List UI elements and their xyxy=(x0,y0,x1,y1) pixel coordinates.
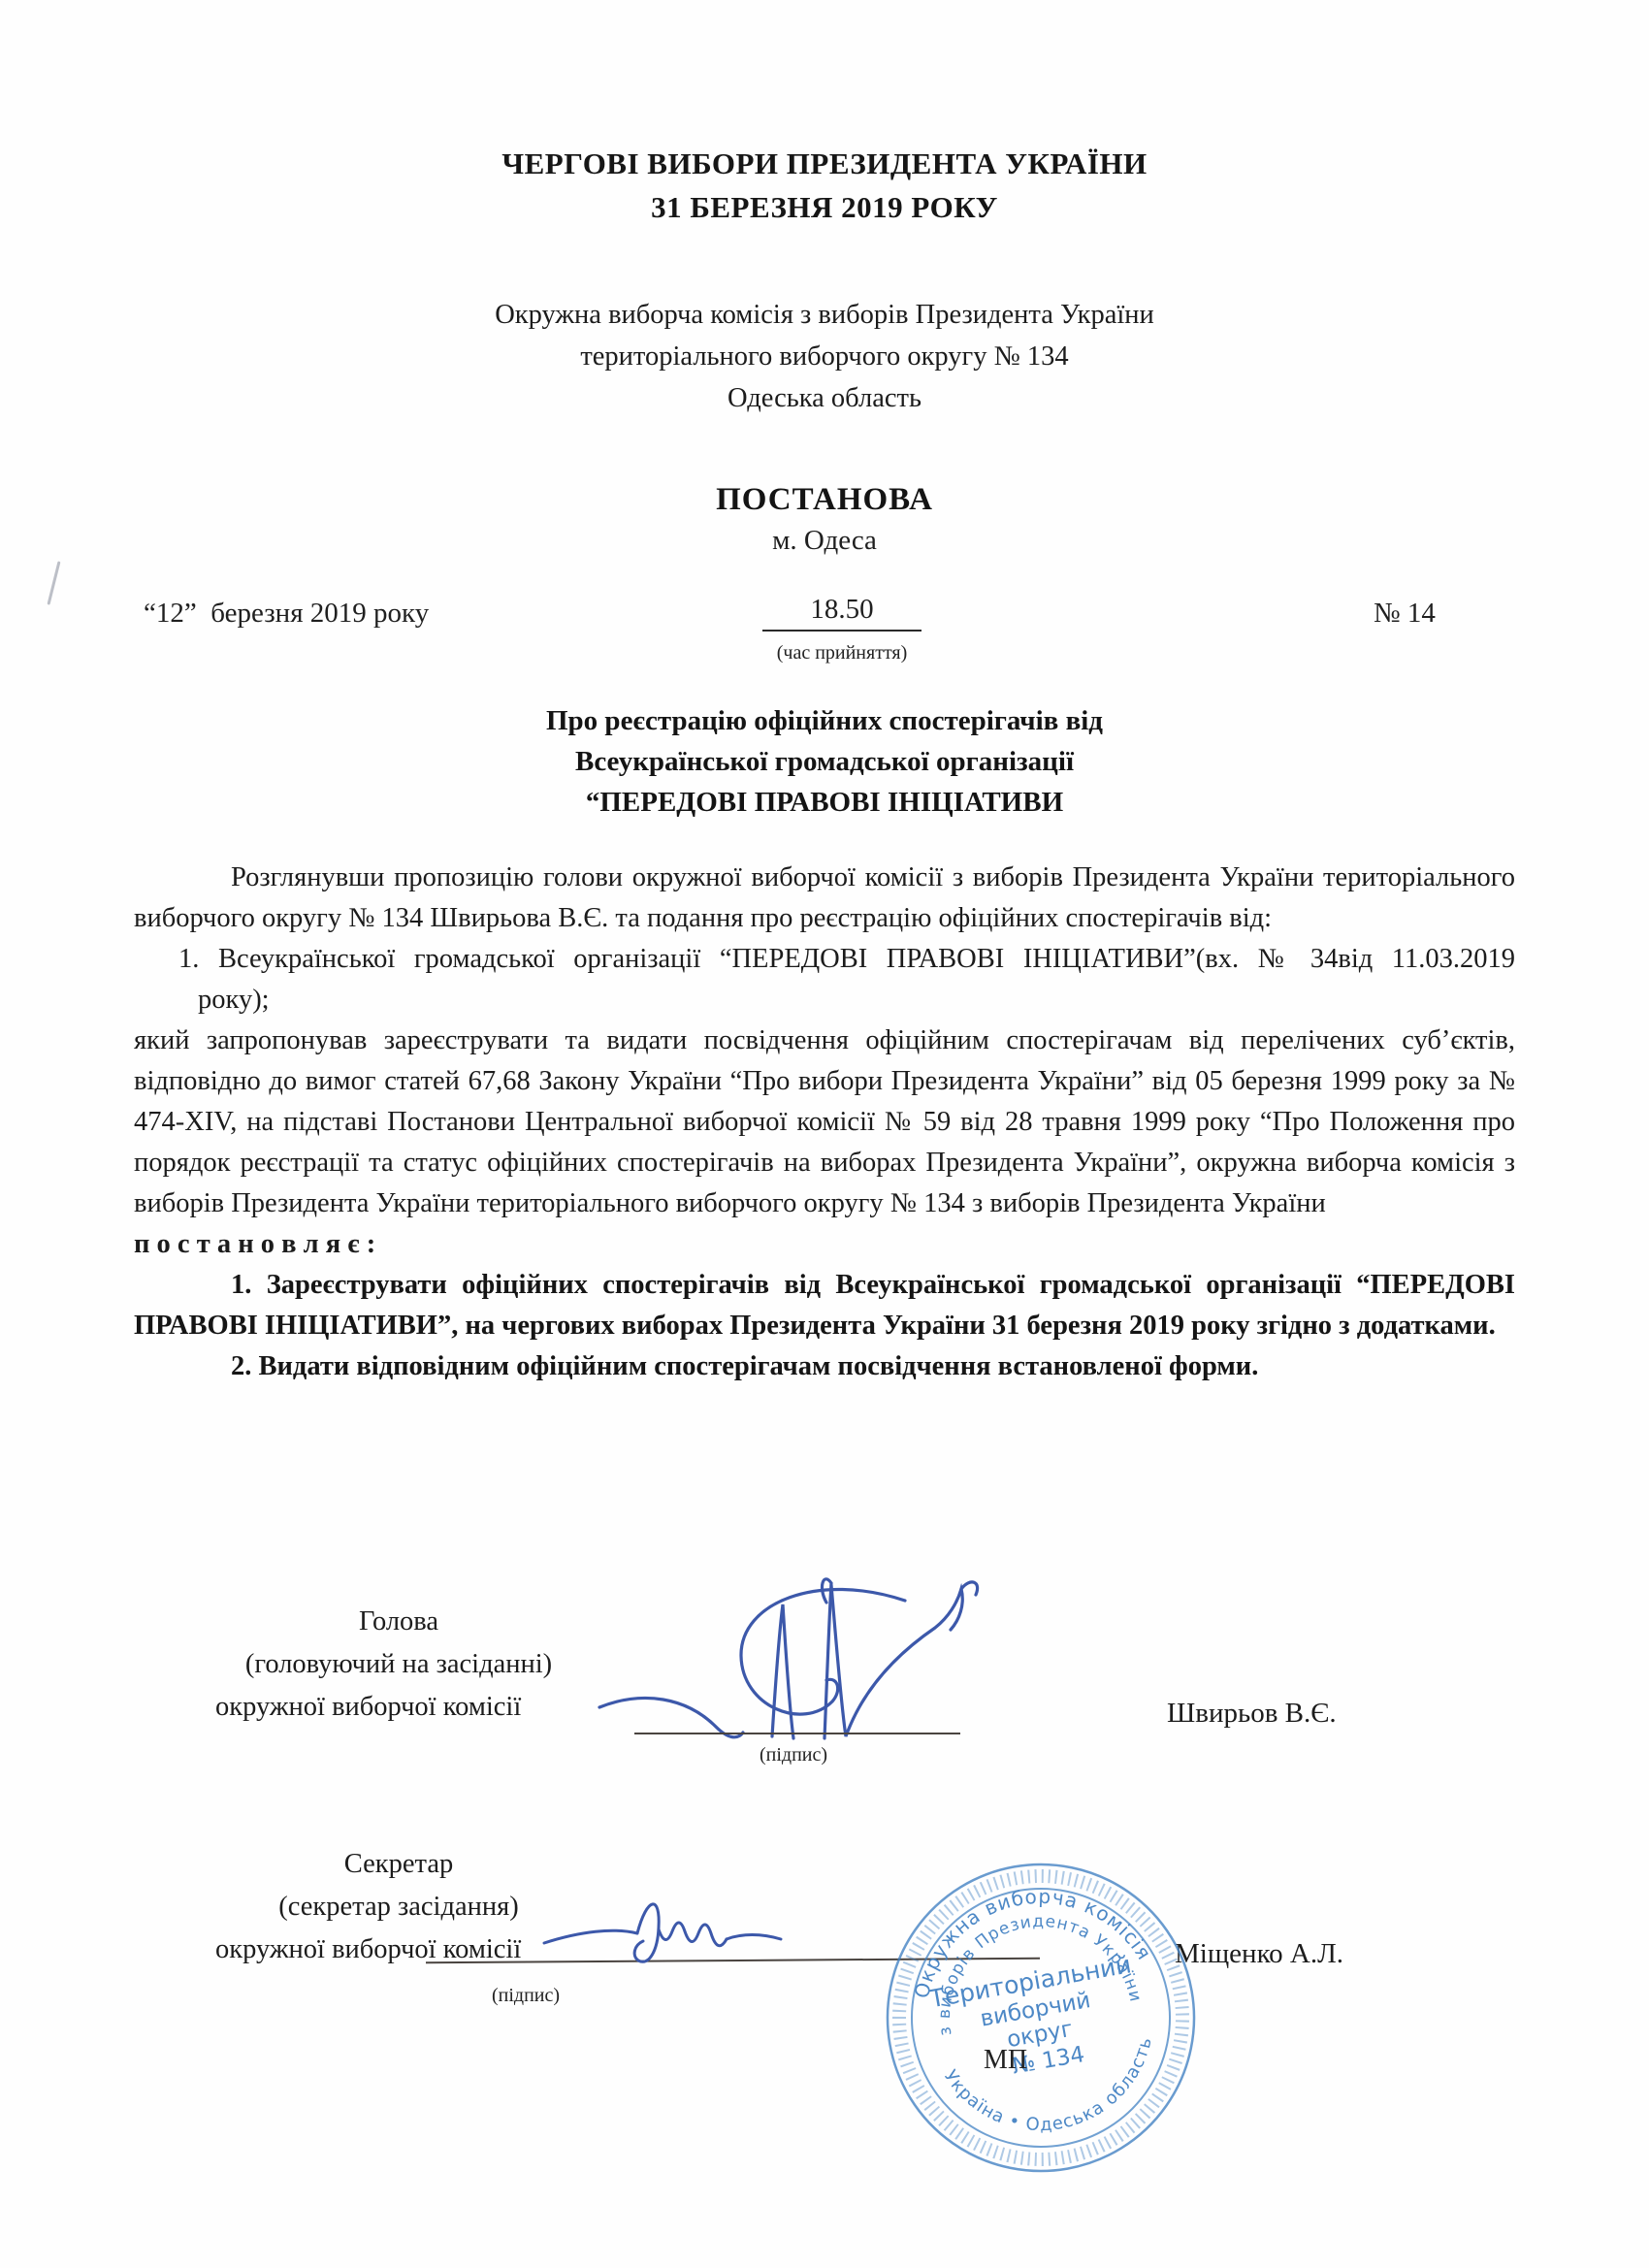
secretary-name: Міщенко А.Л. xyxy=(1175,1938,1343,1970)
doc-body: Розглянувши пропозицію голови окружної в… xyxy=(134,858,1515,1387)
chairman-signature-line xyxy=(634,1733,960,1734)
election-header-line1: ЧЕРГОВІ ВИБОРИ ПРЕЗИДЕНТА УКРАЇНИ xyxy=(0,142,1649,185)
doc-date: “12” березня 2019 року xyxy=(144,598,429,630)
document-page: ЧЕРГОВІ ВИБОРИ ПРЕЗИДЕНТА УКРАЇНИ 31 БЕР… xyxy=(0,0,1649,2268)
doc-type-title: ПОСТАНОВА xyxy=(0,482,1649,518)
election-header: ЧЕРГОВІ ВИБОРИ ПРЕЗИДЕНТА УКРАЇНИ 31 БЕР… xyxy=(0,142,1649,229)
commission-stamp: Окружна виборча комісія з виборів Презид… xyxy=(850,1827,1232,2209)
body-paragraph-intro: Розглянувши пропозицію голови окружної в… xyxy=(134,858,1515,939)
commission-name-line1: Окружна виборча комісія з виборів Презид… xyxy=(0,294,1649,336)
secretary-role-block: Секретар (секретар засідання) окружної в… xyxy=(215,1843,582,1971)
doc-subject-line2: Всеукраїнської громадської організації xyxy=(0,741,1649,782)
chairman-role-line3: окружної виборчої комісії xyxy=(215,1686,582,1729)
chairman-signature xyxy=(570,1564,1017,1758)
secretary-signature xyxy=(536,1885,789,1982)
chairman-role-line2: (головуючий на засіданні) xyxy=(215,1643,582,1686)
body-resolution-item-1: 1. Зареєструвати офіційних спостерігачів… xyxy=(134,1265,1515,1346)
doc-place: м. Одеса xyxy=(0,525,1649,557)
secretary-role-line1: Секретар xyxy=(215,1843,582,1886)
doc-number: № 14 xyxy=(1374,598,1436,630)
body-resolves-label: п о с т а н о в л я є : xyxy=(134,1224,1515,1265)
doc-subject-line1: Про реєстрацію офіційних спостерігачів в… xyxy=(0,700,1649,741)
secretary-signature-caption: (підпис) xyxy=(448,1985,603,2007)
doc-subject-line3: “ПЕРЕДОВІ ПРАВОВІ ІНІЦІАТИВИ xyxy=(0,782,1649,823)
body-paragraph-legal: який запропонував зареєструвати та видат… xyxy=(134,1021,1515,1224)
election-header-line2: 31 БЕРЕЗНЯ 2019 РОКУ xyxy=(0,185,1649,229)
chairman-name: Швирьов В.Є. xyxy=(1167,1698,1337,1730)
commission-name-line2: територіального виборчого округу № 134 xyxy=(0,336,1649,377)
doc-subject: Про реєстрацію офіційних спостерігачів в… xyxy=(0,700,1649,823)
doc-time-caption: (час прийняття) xyxy=(762,642,921,664)
body-list-item-1: 1. Всеукраїнської громадської організаці… xyxy=(134,939,1515,1021)
chairman-signature-caption: (підпис) xyxy=(716,1744,871,1766)
commission-name: Окружна виборча комісія з виборів Презид… xyxy=(0,294,1649,419)
commission-name-line3: Одеська область xyxy=(0,377,1649,419)
chairman-role-line1: Голова xyxy=(215,1601,582,1643)
pencil-mark xyxy=(47,561,60,604)
mp-label: МП xyxy=(984,2045,1027,2076)
secretary-role-line2: (секретар засідання) xyxy=(215,1886,582,1928)
secretary-role-line3: окружної виборчої комісії xyxy=(215,1928,582,1971)
doc-time: 18.50 xyxy=(762,594,921,632)
body-resolution-item-2: 2. Видати відповідним офіційним спостері… xyxy=(134,1346,1515,1387)
chairman-role-block: Голова (головуючий на засіданні) окружно… xyxy=(215,1601,582,1729)
